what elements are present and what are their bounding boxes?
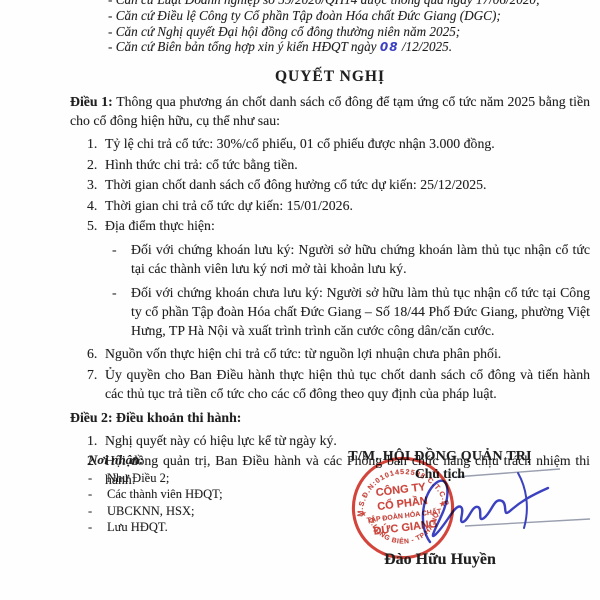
- scanned-resolution-document: - Căn cứ Luật Doanh nghiệp số 59/2020/QH…: [0, 0, 600, 600]
- signer-name: Đào Hữu Huyền: [338, 551, 542, 569]
- handwritten-signature: [398, 460, 598, 555]
- list-item: 5.Địa điểm thực hiện:: [70, 216, 590, 235]
- recipient-item: -Như Điều 2;: [88, 470, 223, 487]
- document-body: - Căn cứ Luật Doanh nghiệp số 59/2020/QH…: [0, 0, 600, 489]
- article-1-intro: Điều 1: Thông qua phương án chốt danh sá…: [70, 92, 590, 130]
- preamble-line-2: - Căn cứ Điều lệ Công ty Cổ phần Tập đoà…: [108, 8, 590, 24]
- preamble-line-4: - Căn cứ Biên bản tổng hợp xin ý kiến HĐ…: [108, 39, 590, 56]
- sub-list-item: -Đối với chứng khoán chưa lưu ký: Người …: [70, 283, 590, 340]
- recipients-block: Nơi nhận: -Như Điều 2; -Các thành viên H…: [88, 452, 223, 536]
- sub-list-item: -Đối với chứng khoán lưu ký: Người sở hữ…: [70, 240, 590, 278]
- list-item: 1.Nghị quyết này có hiệu lực kể từ ngày …: [70, 431, 590, 450]
- list-item: 4.Thời gian chi trả cổ tức dự kiến: 15/0…: [70, 196, 590, 215]
- document-title: QUYẾT NGHỊ: [70, 68, 590, 86]
- article-1-list: 1.Tỷ lệ chi trả cổ tức: 30%/cổ phiếu, 01…: [70, 134, 590, 403]
- recipients-label: Nơi nhận:: [88, 452, 223, 469]
- recipient-item: -Các thành viên HĐQT;: [88, 486, 223, 503]
- recipient-item: -Lưu HĐQT.: [88, 519, 223, 536]
- preamble-line-3: - Căn cứ Nghị quyết Đại hội đồng cổ đông…: [108, 24, 590, 40]
- list-item: 2.Hình thức chi trả: cổ tức bằng tiền.: [70, 155, 590, 174]
- list-item: 1.Tỷ lệ chi trả cổ tức: 30%/cổ phiếu, 01…: [70, 134, 590, 153]
- list-item: 3.Thời gian chốt danh sách cổ đông hưởng…: [70, 175, 590, 194]
- list-item: 7.Ủy quyền cho Ban Điều hành thực hiện t…: [70, 365, 590, 403]
- article-1-label: Điều 1:: [70, 94, 113, 109]
- preamble: - Căn cứ Luật Doanh nghiệp số 59/2020/QH…: [108, 0, 590, 56]
- article-2-heading: Điều 2: Điều khoản thi hành:: [70, 408, 590, 427]
- preamble-line-1: - Căn cứ Luật Doanh nghiệp số 59/2020/QH…: [108, 0, 590, 8]
- article-2-label: Điều 2:: [70, 410, 113, 425]
- list-item: 6.Nguồn vốn thực hiện chi trả cổ tức: từ…: [70, 344, 590, 363]
- recipient-item: -UBCKNN, HSX;: [88, 503, 223, 520]
- handwritten-day: 08: [380, 40, 399, 54]
